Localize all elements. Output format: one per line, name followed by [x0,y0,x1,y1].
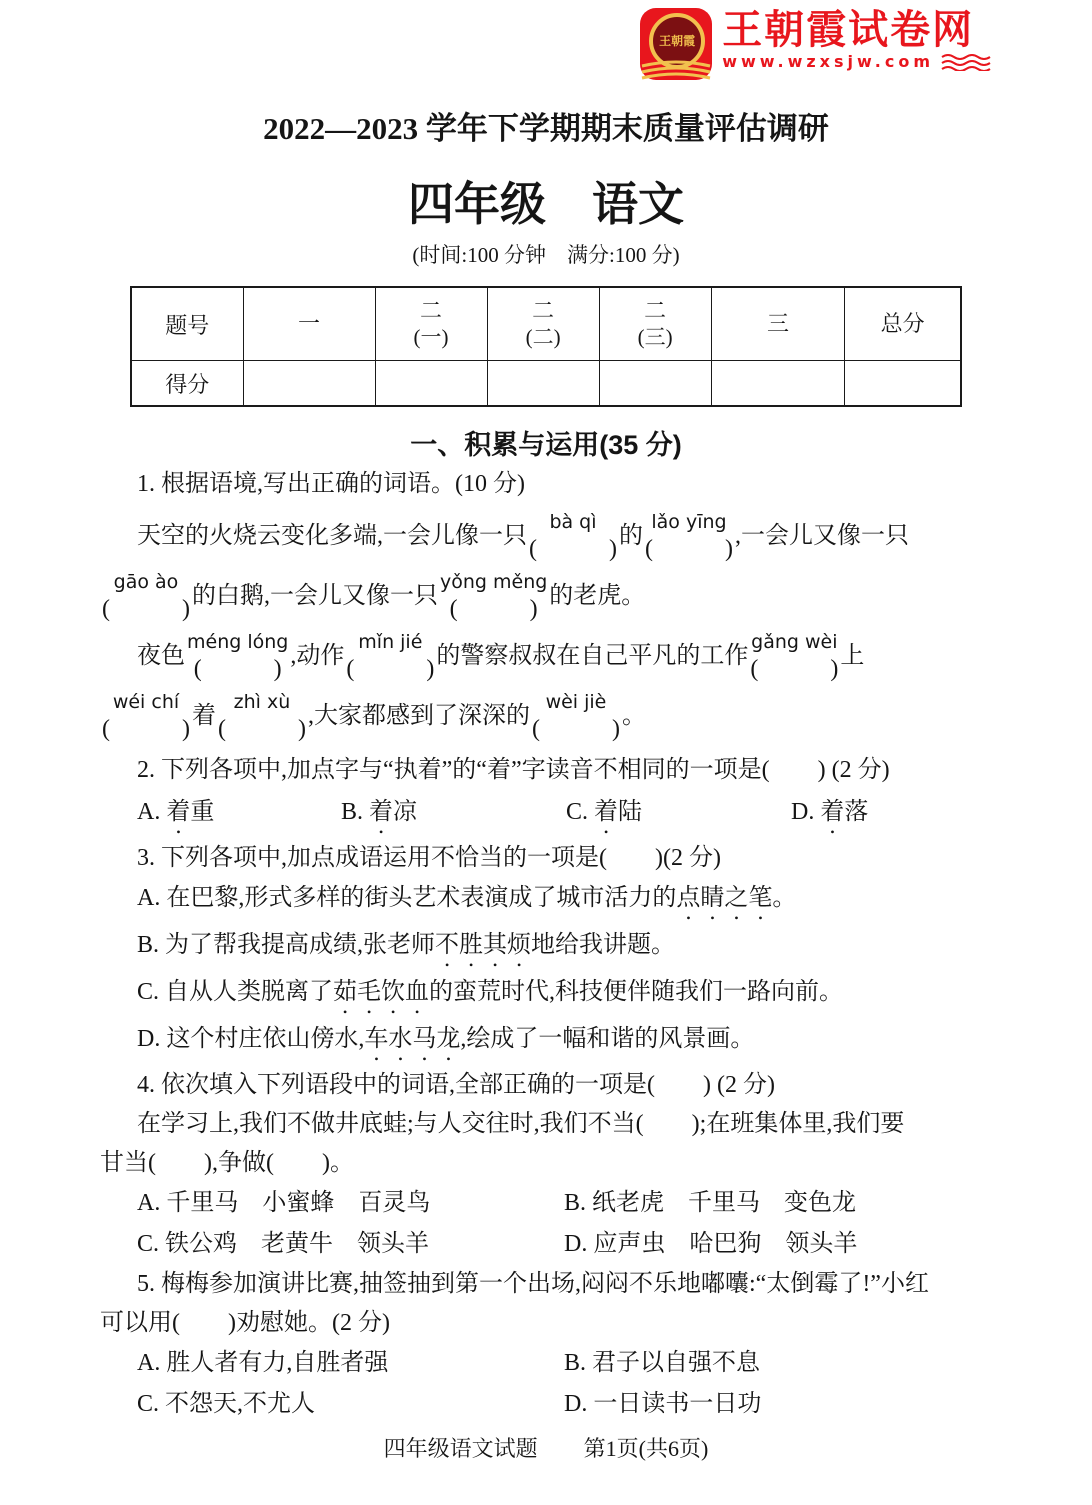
q5-option-b: B. 君子以自强不息 [564,1343,991,1384]
blank-parens: ( ) [750,654,838,684]
q1-text: 的白鹅,一会儿又像一只 [192,583,438,609]
q1-text: 天空的火烧云变化多端,一会儿像一只 [137,523,527,549]
pinyin-text: lǎo yīng [645,511,733,534]
brand-name: 王朝霞试卷网 [722,8,992,52]
exam-info-line: (时间:100 分钟 满分:100 分) [0,242,1092,268]
q1-text: 。 [622,703,646,729]
exam-page: 王朝霞 王朝霞试卷网 www.wzxsjw.com [0,0,1092,1505]
q4-option-c: C. 铁公鸡 老黄牛 领头羊 [137,1224,564,1265]
score-header-cell: 二 (二) [487,287,599,361]
blank-parens: ( ) [529,534,617,564]
q3-option-c: C. 自从人类脱离了茹毛饮血的蛮荒时代,科技便伴随我们一路向前。 [100,972,992,1019]
blank-parens: ( ) [102,594,190,624]
q2-option-b: B. 着凉 [341,790,566,839]
q5-option-d: D. 一日读书一日功 [564,1384,991,1425]
blank-parens: ( ) [532,714,620,744]
brand-text-block: 王朝霞试卷网 www.wzxsjw.com [722,8,992,71]
q5-option-c: C. 不怨天,不尤人 [137,1384,564,1425]
q2-option-c: C. 着陆 [566,790,791,839]
blank-parens: ( ) [102,714,190,744]
score-header-cell: 二 (一) [375,287,487,361]
score-table: 题号 一 二 (一) 二 (二) 二 (三) 三 [130,286,962,407]
score-header-cell: 一 [243,287,375,361]
q1-text: ,一会儿又像一只 [735,523,909,549]
q5-line-2: 可以用( )劝慰她。(2 分) [100,1304,992,1343]
q3-option-d: D. 这个村庄依山傍水,车水马龙,绘成了一幅和谐的风景画。 [100,1019,992,1066]
q1-text: 的老虎。 [549,583,645,609]
pinyin-text: bà qì [529,511,617,534]
wave-lines-icon [940,53,992,71]
blank-parens: ( ) [440,594,547,624]
dotted-idiom: 茹毛饮血 [333,979,429,1005]
q1-line-3: 夜色méng lóng( ),动作mǐn jié( )的警察叔叔在自己平凡的工作… [100,631,992,684]
pinyin-blank: gāo ào( ) [102,571,190,624]
score-table-score-row: 得分 [131,361,961,407]
blank-parens: ( ) [645,534,733,564]
pinyin-text: méng lóng [187,631,288,654]
q1-line-2: gāo ào( )的白鹅,一会儿又像一只yǒng měng( )的老虎。 [100,571,992,624]
q2-heading: 2. 下列各项中,加点字与“执着”的“着”字读音不相同的一项是( ) (2 分) [100,751,992,790]
pinyin-blank: yǒng měng( ) [440,571,547,624]
q4-body-line-1: 在学习上,我们不做井底蛙;与人交往时,我们不当( );在班集体里,我们要 [100,1105,992,1144]
page-footer: 四年级语文试题 第1页(共6页) [100,1435,992,1463]
logo-row: 王朝霞 王朝霞试卷网 www.wzxsjw.com [0,0,1092,84]
q1-text: 夜色 [137,643,185,669]
q4-option-d: D. 应声虫 哈巴狗 领头羊 [564,1224,991,1265]
score-input-cell [487,361,599,407]
pinyin-text: gāo ào [102,571,190,594]
q3-option-a: A. 在巴黎,形式多样的街头艺术表演成了城市活力的点睛之笔。 [100,878,992,925]
q4-options-row-2: C. 铁公鸡 老黄牛 领头羊 D. 应声虫 哈巴狗 领头羊 [100,1224,992,1265]
score-table-header-row: 题号 一 二 (一) 二 (二) 二 (三) 三 [131,287,961,361]
pinyin-blank: lǎo yīng( ) [645,511,733,564]
pinyin-text: wéi chí [102,691,190,714]
q5-options-row-1: A. 胜人者有力,自胜者强 B. 君子以自强不息 [100,1343,992,1384]
q4-heading: 4. 依次填入下列语段中的词语,全部正确的一项是( ) (2 分) [100,1066,992,1105]
seal-text: 王朝霞 [659,35,695,47]
brand-url: www.wzxsjw.com [722,52,934,71]
q1-line-4: wéi chí( )着zhì xù( ),大家都感到了深深的wèi jiè( )… [100,691,992,744]
dotted-char: 着 [820,799,844,825]
dotted-char: 着 [369,799,393,825]
pinyin-blank: méng lóng( ) [187,631,288,684]
score-input-cell [845,361,961,407]
footer-page-number: 第1页(共6页) [584,1435,709,1463]
brand-logo: 王朝霞 王朝霞试卷网 www.wzxsjw.com [640,8,992,84]
q1-text: 上 [840,643,864,669]
brand-url-row: www.wzxsjw.com [722,52,992,71]
score-header-cell: 三 [711,287,845,361]
q4-option-b: B. 纸老虎 千里马 变色龙 [564,1183,991,1224]
pinyin-blank: bà qì( ) [529,511,617,564]
dotted-char: 着 [166,799,190,825]
blank-parens: ( ) [187,654,288,684]
pinyin-blank: mǐn jié( ) [346,631,434,684]
footer-doc-title: 四年级语文试题 [384,1435,538,1463]
dotted-char: 着 [594,799,618,825]
q1-text: ,大家都感到了深深的 [308,703,530,729]
pinyin-blank: wéi chí( ) [102,691,190,744]
q1-line-1: 天空的火烧云变化多端,一会儿像一只bà qì( )的lǎo yīng( ),一会… [100,511,992,564]
q2-option-d: D. 着落 [791,790,868,839]
q2-option-a: A. 着重 [137,790,341,839]
q1-text: ,动作 [290,643,344,669]
score-table-wrap: 题号 一 二 (一) 二 (二) 二 (三) 三 [0,286,1092,407]
pinyin-text: zhì xù [218,691,306,714]
q3-heading: 3. 下列各项中,加点成语运用不恰当的一项是( )(2 分) [100,839,992,878]
question-number-label: 题号 [131,287,243,361]
dotted-idiom: 车水马龙 [364,1026,460,1052]
q5-option-a: A. 胜人者有力,自胜者强 [137,1343,564,1384]
score-label: 得分 [131,361,243,407]
score-input-cell [243,361,375,407]
q1-heading: 1. 根据语境,写出正确的词语。(10 分) [100,465,992,504]
score-header-cell: 二 (三) [599,287,711,361]
q4-options-row-1: A. 千里马 小蜜蜂 百灵鸟 B. 纸老虎 千里马 变色龙 [100,1183,992,1224]
score-input-cell [711,361,845,407]
blank-parens: ( ) [346,654,434,684]
score-input-cell [375,361,487,407]
q1-text: 着 [192,703,216,729]
exam-subject: 四年级 语文 [0,178,1092,230]
q5-line-1: 5. 梅梅参加演讲比赛,抽签抽到第一个出场,闷闷不乐地嘟囔:“太倒霉了!”小红 [100,1265,992,1304]
pinyin-text: yǒng měng [440,571,547,594]
brand-seal-icon: 王朝霞 [640,8,712,80]
dotted-idiom: 点睛之笔 [676,885,772,911]
section-heading: 一、积累与运用(35 分) [100,427,992,463]
pinyin-blank: wèi jiè( ) [532,691,620,744]
q2-options: A. 着重 B. 着凉 C. 着陆 D. 着落 [100,790,992,839]
seal-waves-icon [640,60,712,80]
q4-option-a: A. 千里马 小蜜蜂 百灵鸟 [137,1183,564,1224]
pinyin-text: gǎng wèi [750,631,838,654]
score-input-cell [599,361,711,407]
exam-title: 2022—2023 学年下学期期末质量评估调研 [0,110,1092,148]
blank-parens: ( ) [218,714,306,744]
pinyin-blank: gǎng wèi( ) [750,631,838,684]
score-header-cell: 总分 [845,287,961,361]
pinyin-text: wèi jiè [532,691,620,714]
exam-body: 一、积累与运用(35 分) 1. 根据语境,写出正确的词语。(10 分) 天空的… [0,427,1092,1463]
dotted-idiom: 不胜其烦 [435,932,531,958]
q4-body-line-2: 甘当( ),争做( )。 [100,1144,992,1183]
pinyin-blank: zhì xù( ) [218,691,306,744]
pinyin-text: mǐn jié [346,631,434,654]
q1-text: 的 [619,523,643,549]
q1-text: 的警察叔叔在自己平凡的工作 [436,643,748,669]
q5-options-row-2: C. 不怨天,不尤人 D. 一日读书一日功 [100,1384,992,1425]
q3-option-b: B. 为了帮我提高成绩,张老师不胜其烦地给我讲题。 [100,925,992,972]
